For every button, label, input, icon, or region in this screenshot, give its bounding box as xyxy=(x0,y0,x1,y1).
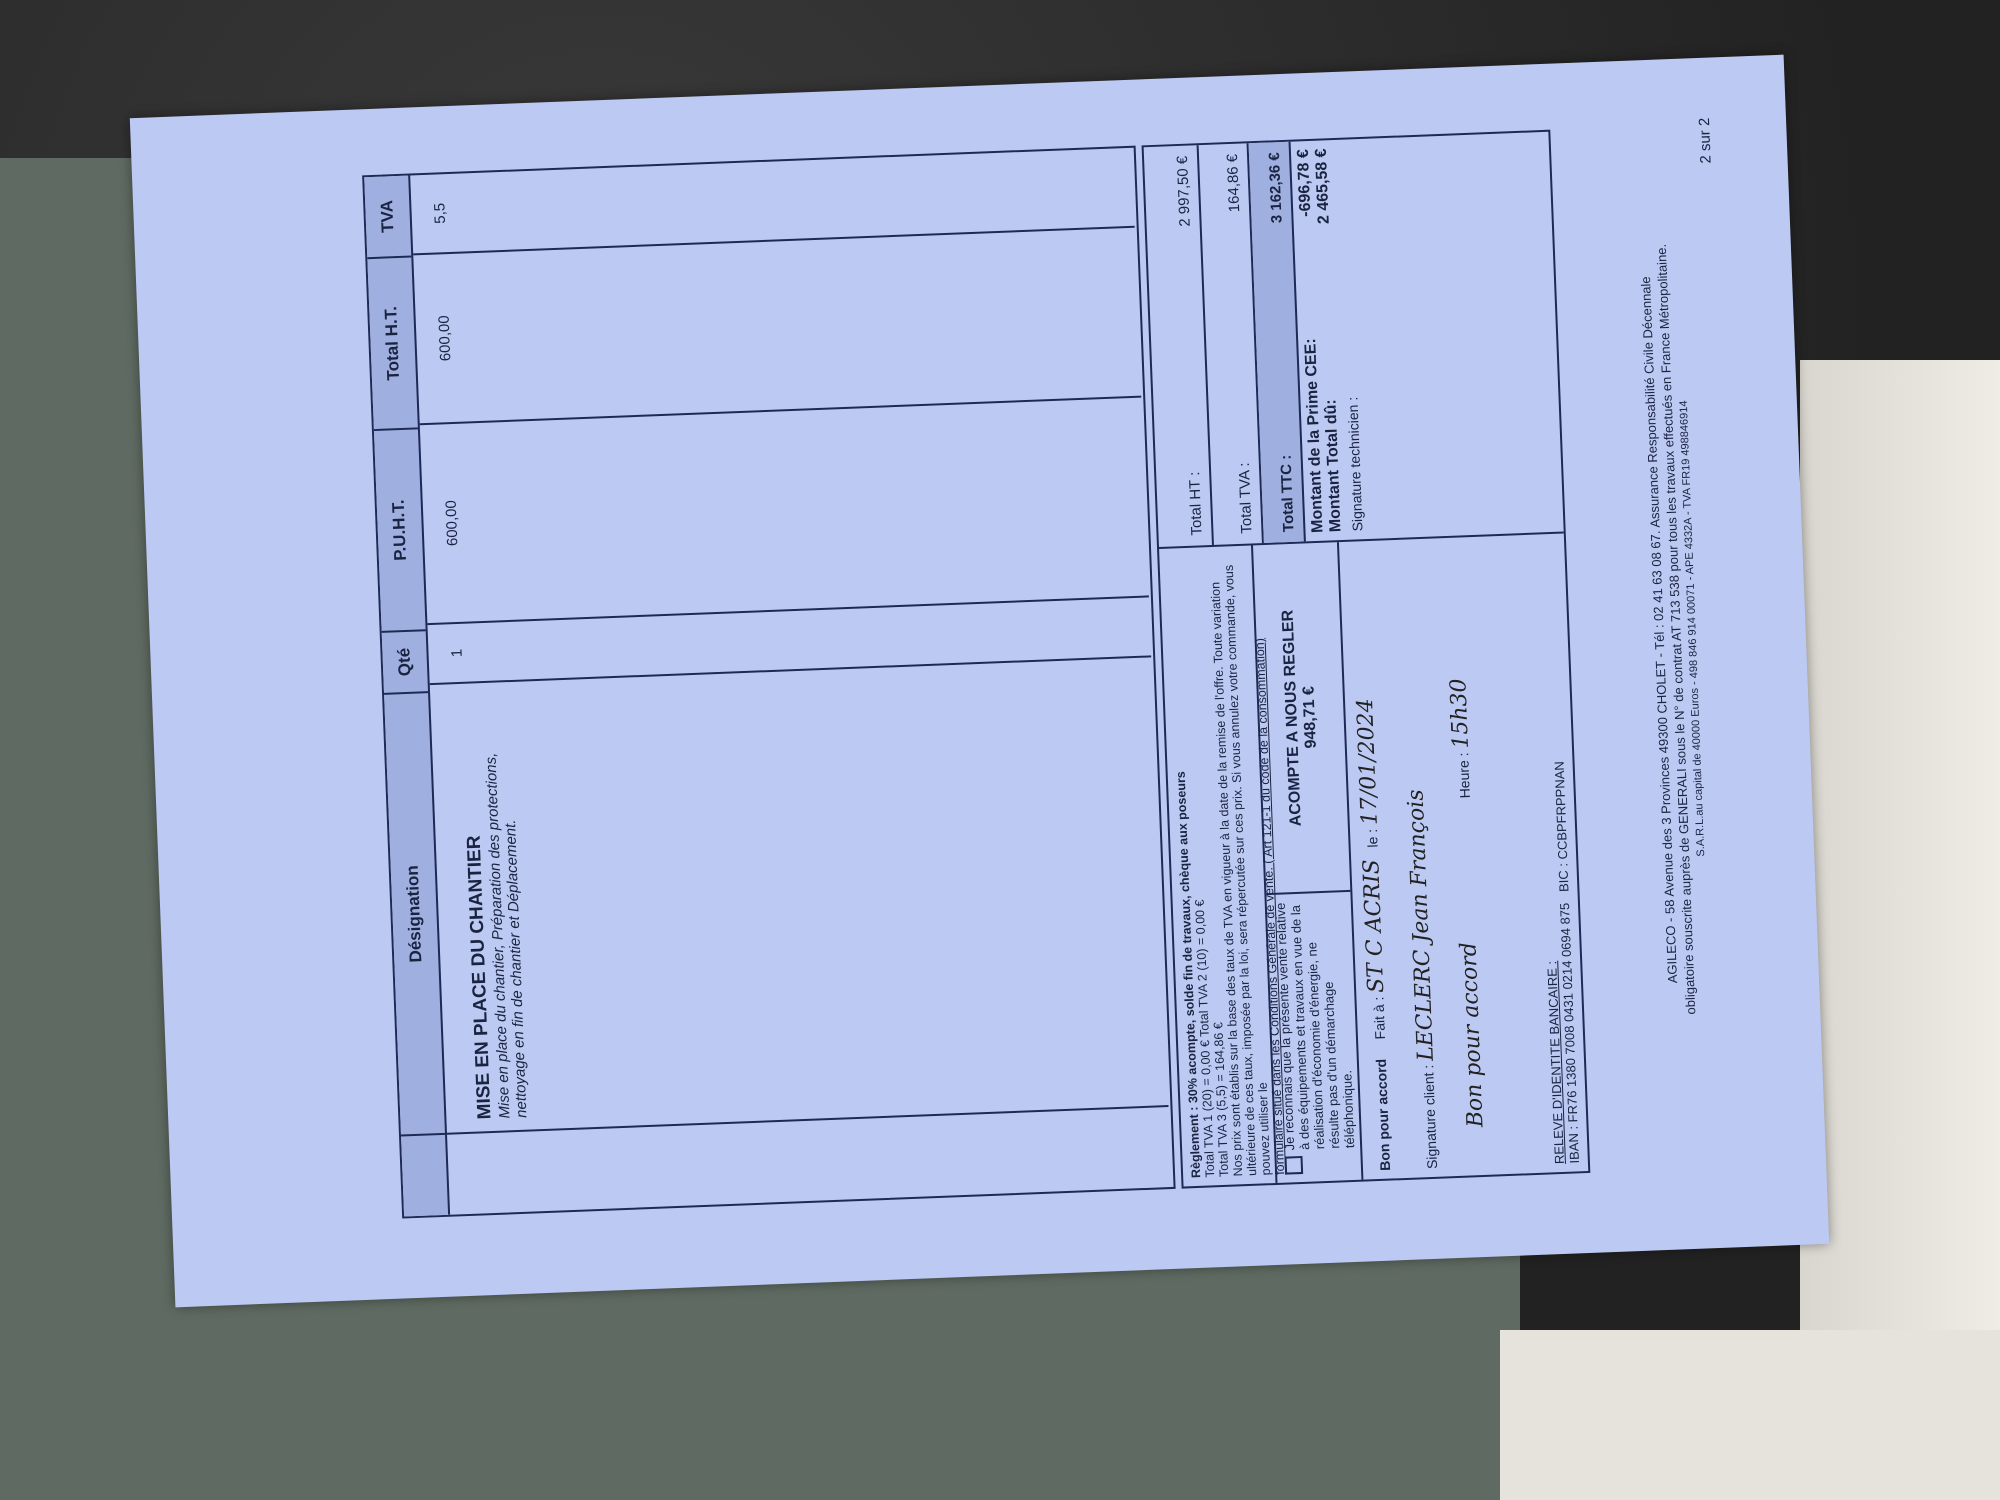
header-tva: TVA xyxy=(364,176,411,260)
items-table: Désignation Qté P.U.H.T. Total H.T. TVA … xyxy=(362,146,1176,1219)
total-tva-label: Total TVA : xyxy=(1236,462,1256,534)
declaration-checkbox[interactable] xyxy=(1284,1156,1303,1175)
terms-block: Règlement : 30% acompte, solde fin de tr… xyxy=(1159,531,1588,1186)
header-unit-price: P.U.H.T. xyxy=(374,429,426,633)
totals-block: Total HT : 2 997,50 € Total TVA : 164,86… xyxy=(1144,132,1564,547)
declaration: Je reconnais que la présente vente relat… xyxy=(1266,890,1361,1183)
summary-section: Règlement : 30% acompte, solde fin de tr… xyxy=(1142,130,1591,1189)
invoice-content: Désignation Qté P.U.H.T. Total H.T. TVA … xyxy=(130,55,1829,1308)
place-value: ST C ACRIS xyxy=(1359,859,1389,993)
amount-due-value: 2 465,58 € xyxy=(1313,148,1334,224)
total-ttc-label: Total TTC : xyxy=(1278,455,1298,533)
total-ht-label: Total HT : xyxy=(1186,471,1205,536)
total-ttc-value: 3 162,36 € xyxy=(1266,152,1286,224)
row-designation: MISE EN PLACE DU CHANTIER Mise en place … xyxy=(430,657,1169,1134)
row-unit-price: 600,00 xyxy=(420,398,1149,626)
client-signature-line: Signature client : LECLERC Jean François xyxy=(1394,547,1443,1170)
background-fabric xyxy=(1800,360,2000,1500)
row-total-ht: 600,00 xyxy=(413,228,1141,426)
date-value: 17/01/2024 xyxy=(1353,698,1383,826)
deposit-box: ACOMPTE A NOUS REGLER 948,71 € xyxy=(1253,542,1350,893)
approval-title: Bon pour accord xyxy=(1373,1059,1393,1172)
time-value: 15h30 xyxy=(1446,678,1474,749)
company-footer: AGILECO - 58 Avenue des 3 Provinces 4930… xyxy=(1631,109,1722,1150)
deposit-amount: 948,71 € xyxy=(1300,686,1320,749)
header-spacer xyxy=(401,1135,448,1217)
page-number: 2 sur 2 xyxy=(1696,117,1715,163)
total-tva-value: 164,86 € xyxy=(1224,154,1243,213)
table-row: MISE EN PLACE DU CHANTIER Mise en place … xyxy=(410,148,1171,1215)
date-label: le : xyxy=(1364,829,1381,848)
header-qty: Qté xyxy=(382,631,428,695)
bank-details: RELEVE D'IDENTITE BANCAIRE : IBAN : FR76… xyxy=(1537,761,1582,1164)
client-signature-label: Signature client : xyxy=(1420,1064,1440,1169)
client-name: LECLERC Jean François xyxy=(1403,789,1438,1061)
amount-due-label: Montant Total dû: xyxy=(1322,399,1345,533)
declaration-text: Je reconnais que la présente vente relat… xyxy=(1273,900,1354,1151)
handwritten-note: Bon pour accord xyxy=(1456,942,1488,1128)
note-line: Bon pour accord Heure : 15h30 xyxy=(1441,545,1490,1168)
place-label: Fait à : xyxy=(1370,996,1388,1039)
invoice-page: Désignation Qté P.U.H.T. Total H.T. TVA … xyxy=(130,55,1829,1308)
time-label: Heure : xyxy=(1455,752,1473,799)
header-total-ht: Total H.T. xyxy=(367,257,418,431)
approval-block: Bon pour accord Fait à : ST C ACRIS le :… xyxy=(1339,533,1588,1179)
total-ht-value: 2 997,50 € xyxy=(1174,155,1194,227)
background-fabric-lower xyxy=(1500,1330,2000,1500)
